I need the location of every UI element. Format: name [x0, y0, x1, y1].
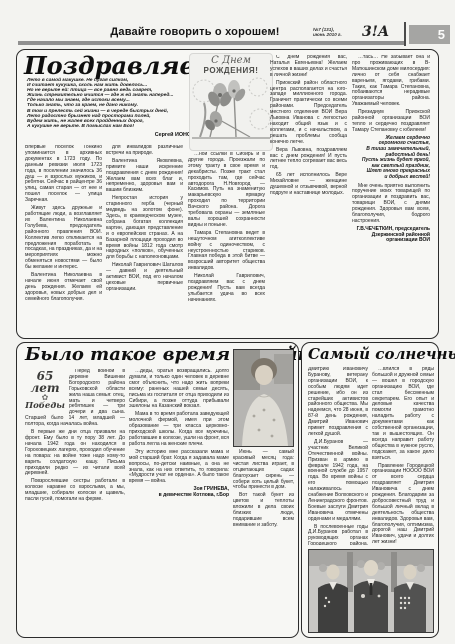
poem: Лето в самой макушке. Не пугая силком, И… — [27, 78, 195, 129]
badge-pobedy: Победы — [25, 402, 65, 411]
badge-65-let: 65 лет — [25, 370, 65, 394]
paragraph: …тась… Не забывает она и про проживающих… — [352, 55, 430, 108]
signature-line: организации ВОИ — [352, 238, 430, 244]
poem-line: А кукушке не верьте. В помыслах нам Бог! — [27, 124, 195, 129]
paragraph: Президиум Приокской районной организации… — [352, 110, 430, 134]
page-motto: Давайте говорить о хорошем! — [88, 26, 302, 38]
paragraph: Валентина Николаевна в начале июня отмеч… — [25, 273, 102, 303]
war-column-3: Июнь — самый красивый месяц года: чистая… — [233, 349, 294, 629]
page-number-badge: 5 — [409, 25, 450, 44]
photo-veterans-group — [308, 549, 434, 633]
paragraph: Тамара Степановна ведет в нешуточном аги… — [188, 231, 265, 272]
paragraph: С днем рождения вас, Наталья Евгеньевна!… — [270, 55, 347, 79]
signature-line: в девичестве Котлова, г.Бор — [129, 493, 229, 499]
sunny-column-1: Дмитрию Ивановичу Буранову, ветерану орг… — [308, 367, 368, 545]
paragraph: Эту историю мне рассказали мама и мой ст… — [129, 450, 229, 485]
header-rule — [18, 41, 404, 45]
paragraph: …деды, братья возвращались. Долго думали… — [129, 369, 229, 410]
photo-woman-portrait — [233, 349, 294, 447]
sunny-column-2: …влился в ряды большой и дружной семьи —… — [372, 367, 434, 545]
paragraph: Дмитрию Ивановичу Буранову, ветерану орг… — [308, 367, 368, 438]
newspaper-logo: 3!А — [362, 24, 389, 40]
paragraph: В послевоенные годы Д.И.Буранов работал … — [308, 525, 368, 545]
issue-date: июнь 2010 г. — [313, 32, 359, 37]
congrats-column-5: …тась… Не забывает она и про проживающих… — [352, 55, 430, 331]
birthday-card-text: С Днем — [190, 55, 272, 66]
paragraph: В первые же дни отца призвали на фронт. … — [25, 430, 125, 477]
birthday-card-text: РОЖДЕНИЯ! — [190, 66, 272, 75]
congrats-article-box: Поздравляем! Лето в самой макушке. Не пу… — [16, 49, 439, 339]
paragraph: Непростая история у старинного герба (че… — [106, 196, 183, 261]
congrats-signature: Г.В.ЧЕЧЕТКИН, председатель Дзержинской р… — [352, 227, 430, 244]
paragraph: 65 лет исполнилось Вере Михайловне — жен… — [270, 173, 347, 197]
sunny-article-box: Самый солнечный... Дмитрию Ивановичу Бур… — [301, 342, 439, 638]
congrats-column-1: Впервые поселок Тонкино упоминается в ар… — [25, 145, 102, 331]
paragraph: Николай Гаврилович Шаталов — давний и де… — [106, 263, 183, 293]
paragraph: Вера Львовна, поздравляем вас с днем рож… — [270, 148, 347, 172]
paragraph: Мама в то время работала заведующей моло… — [129, 412, 229, 447]
verse-line: и добрых вестей! — [352, 175, 430, 181]
paragraph: Д.И.Буранов — участник Великой Отечестве… — [308, 440, 368, 523]
paragraph: Валентина Яковлевна, примите наши искрен… — [106, 159, 183, 194]
war-column-1: 65 лет ✿ Победы Перед войной в деревне В… — [25, 369, 125, 627]
issue-info: №7 (131), июнь 2010 г. — [313, 27, 359, 38]
paragraph: …ной ссылки в Сибирь и в другие города. … — [188, 152, 265, 229]
poem-author: Сергей ИОНОВ — [27, 132, 195, 138]
paragraph: Мне очень приятно выполнить поручение мо… — [352, 184, 430, 225]
sunny-headline: Самый солнечный... — [308, 345, 455, 363]
birthday-card: С Днем РОЖДЕНИЯ! — [189, 53, 273, 151]
paragraph: Живут здесь дружные и работящие люди, а … — [25, 206, 102, 271]
congrats-column-2: для инвалидов различные встречи на приро… — [106, 145, 183, 331]
war-article-box: Было такое время — война... 65 лет ✿ Поб… — [16, 342, 299, 638]
paragraph: Вот такой букет из цветов и теплоты влож… — [233, 493, 294, 528]
header-divider — [404, 22, 406, 46]
paragraph: для инвалидов различные встречи на приро… — [106, 145, 183, 157]
war-signature: Зоя ГРИНЕВА, в девичестве Котлова, г.Бор — [129, 487, 229, 499]
paragraph: Николай Гаврилович, поздравляем вас с дн… — [188, 274, 265, 304]
paragraph: Приокский район областного центра распол… — [270, 81, 347, 146]
victory-65-badge: 65 лет ✿ Победы — [25, 370, 65, 414]
congrats-column-4: С днем рождения вас, Наталья Евгеньевна!… — [270, 55, 347, 331]
war-column-2: …деды, братья возвращались. Долго думали… — [129, 369, 229, 627]
newspaper-page: Давайте говорить о хорошем! №7 (131), ию… — [0, 0, 455, 644]
birthday-flowers-image — [190, 75, 272, 139]
paragraph: Правление Городецкой организации НОООО В… — [372, 464, 434, 546]
congrats-column-3: …ной ссылки в Сибирь и в другие города. … — [188, 152, 265, 331]
paragraph: Повзрослевшие сестры работали в колхозе … — [25, 479, 125, 503]
paragraph: Впервые поселок Тонкино упоминается в ар… — [25, 145, 102, 204]
greeting-verse: Желаем сердечно огромного счастья, В тиш… — [352, 136, 430, 181]
paragraph: …влился в ряды большой и дружной семьи —… — [372, 367, 434, 462]
paragraph: Июнь — самый красивый месяц года: чистая… — [233, 450, 294, 491]
